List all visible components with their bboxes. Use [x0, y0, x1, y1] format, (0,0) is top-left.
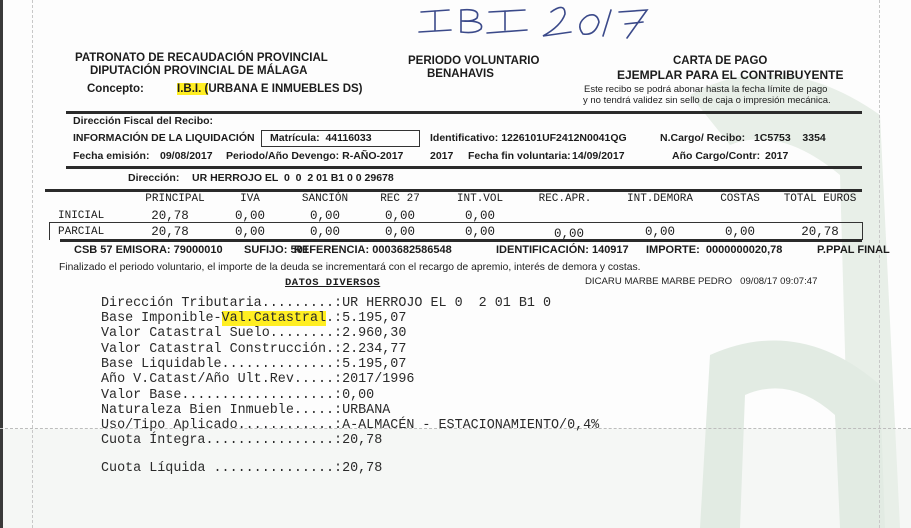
- ncargo-label: N.Cargo/ Recibo:: [660, 132, 745, 144]
- divider-mid: [66, 166, 862, 169]
- concepto-label: Concepto:: [87, 83, 144, 95]
- perforation-line-left: [32, 0, 33, 528]
- datos-row: Cuota Íntegra................:20,78: [101, 433, 382, 448]
- period-line2: BENAHAVIS: [427, 68, 494, 80]
- column-header: TOTAL EUROS: [784, 193, 857, 205]
- identificacion-value: 140917: [592, 244, 629, 256]
- datos-row: Valor Base...................:0,00: [101, 388, 374, 403]
- divider-table-top: [45, 189, 862, 192]
- datos-value: 5.195,07: [342, 357, 406, 372]
- perforation-line-right: [879, 0, 880, 528]
- amount-cell: 0,00: [385, 209, 415, 223]
- datos-row: Base Liquidable..............:5.195,07: [101, 357, 406, 372]
- anio-cargo-value: 2017: [765, 150, 788, 162]
- datos-value: 2.960,30: [342, 326, 406, 341]
- column-header: PRINCIPAL: [145, 193, 204, 205]
- amount-cell: 0,00: [310, 209, 340, 223]
- column-header: REC 27: [380, 193, 420, 205]
- datos-value: 2.234,77: [342, 342, 406, 357]
- periodo-label: Periodo/Año Devengo:: [226, 150, 339, 162]
- fecha-fin-label: Fecha fin voluntaria:: [468, 150, 571, 162]
- column-header: INT.DEMORA: [627, 193, 693, 205]
- datos-label: Año V.Catast/Año Ult.Rev.....:: [101, 372, 342, 387]
- datos-row: Base Imponible-Val.Catastral.:5.195,07: [101, 311, 406, 326]
- identificacion-label: IDENTIFICACIÓN:: [496, 244, 589, 256]
- datos-row: Uso/Tipo Aplicado............:A-ALMACÉN …: [101, 418, 599, 433]
- datos-value: 0,00: [342, 388, 374, 403]
- ppal-final: P.PPAL FINAL: [817, 244, 890, 256]
- datos-row: Dirección Tributaria.........:UR HERROJO…: [101, 296, 551, 311]
- issuer-line1: PATRONATO DE RECAUDACIÓN PROVINCIAL: [75, 52, 328, 64]
- ncargo-field: N.Cargo/ Recibo: 1C5753 3354: [660, 132, 826, 144]
- concepto-value: I.B.I. (URBANA E INMUEBLES DS): [177, 83, 363, 95]
- ncargo-value-1: 1C5753: [754, 132, 791, 144]
- operator-stamp: DICARU MARBE MARBE PEDRO 09/08/17 09:07:…: [585, 276, 817, 287]
- carta-note-1: Este recibo se podrá abonar hasta la fec…: [584, 84, 827, 95]
- datos-label: Base Liquidable..............:: [101, 357, 342, 372]
- page-edge: [0, 0, 3, 528]
- matricula-value: 44116033: [325, 132, 371, 144]
- amount-cell: 0,00: [235, 209, 265, 223]
- fecha-emision-label: Fecha emisión:: [73, 150, 149, 162]
- concepto-rest: URBANA E INMUEBLES DS): [208, 83, 362, 95]
- datos-value: URBANA: [342, 403, 390, 418]
- column-header: INT.VOL: [457, 193, 503, 205]
- datos-label: Uso/Tipo Aplicado............:: [101, 418, 342, 433]
- anio-cargo-label: Año Cargo/Contr:: [672, 150, 760, 162]
- watermark-logo: [650, 55, 910, 528]
- carta-subtitle: EJEMPLAR PARA EL CONTRIBUYENTE: [617, 68, 843, 82]
- referencia-value: 0003682586548: [372, 244, 452, 256]
- sufijo-label: SUFIJO:: [244, 244, 287, 256]
- datos-label: Dirección Tributaria.........:: [101, 296, 342, 311]
- datos-value: 20,78: [342, 433, 382, 448]
- identificativo-label: Identificativo:: [430, 132, 498, 144]
- fecha-fin-value: 14/09/2017: [572, 150, 625, 162]
- identificativo-field: Identificativo: 1226101UF2412N0041QG: [430, 132, 627, 144]
- amount-cell: 20,78: [151, 209, 189, 223]
- parcial-row-box: [49, 222, 863, 240]
- issuer-line2: DIPUTACIÓN PROVINCIAL DE MÁLAGA: [90, 65, 307, 77]
- importe-value: 0000000020,78: [706, 244, 782, 256]
- direccion-label: Dirección:: [128, 172, 179, 184]
- matricula-field: Matrícula: 44116033: [270, 132, 372, 144]
- datos-row: Naturaleza Bien Inmueble.....:URBANA: [101, 403, 390, 418]
- ncargo-value-2: 3354: [802, 132, 825, 144]
- referencia-label: REFERENCIA:: [294, 244, 369, 256]
- datos-value: UR HERROJO EL 0 2 01 B1 0: [342, 296, 551, 311]
- direccion-fiscal-label: Dirección Fiscal del Recibo:: [73, 115, 213, 127]
- datos-row: Valor Catastral Construcción.:2.234,77: [101, 342, 406, 357]
- column-header: REC.APR.: [539, 193, 592, 205]
- datos-row: Cuota Líquida ...............:20,78: [101, 461, 382, 476]
- amount-cell: 0,00: [465, 209, 495, 223]
- direccion-value: UR HERROJO EL 0 0 2 01 B1 0 0 29678: [192, 172, 394, 184]
- carta-note-2: y no tendrá validez sin sello de caja o …: [583, 95, 831, 106]
- datos-value: 2017/1996: [342, 372, 414, 387]
- datos-label: Naturaleza Bien Inmueble.....:: [101, 403, 342, 418]
- datos-value: 20,78: [342, 461, 382, 476]
- carta-title: CARTA DE PAGO: [673, 55, 767, 67]
- periodo-field: Periodo/Año Devengo: R-AÑO-2017: [226, 150, 403, 162]
- emisora-field: CSB 57 EMISORA: 79000010: [74, 244, 223, 256]
- matricula-label: Matrícula:: [270, 132, 320, 144]
- concepto-highlight: I.B.I. (: [177, 83, 208, 95]
- divider-table-bottom: [60, 239, 862, 242]
- period-line1: PERIODO VOLUNTARIO: [408, 55, 539, 67]
- datos-label: Cuota Líquida ...............:: [101, 461, 342, 476]
- referencia-field: REFERENCIA: 0003682586548: [294, 244, 452, 256]
- row-label: INICIAL: [58, 210, 104, 222]
- datos-label: Valor Catastral Construcción.:: [101, 342, 342, 357]
- datos-row: Año V.Catast/Año Ult.Rev.....:2017/1996: [101, 372, 414, 387]
- importe-label: IMPORTE:: [646, 244, 700, 256]
- datos-label: Valor Base...................:: [101, 388, 342, 403]
- datos-label: Valor Catastral Suelo........:: [101, 326, 342, 341]
- importe-field: IMPORTE: 0000000020,78: [646, 244, 782, 256]
- info-liquidacion-label: INFORMACIÓN DE LA LIQUIDACIÓN: [73, 132, 255, 144]
- column-header: SANCIÓN: [302, 193, 348, 205]
- datos-value: 5.195,07: [342, 311, 406, 326]
- emisora-value: 79000010: [174, 244, 223, 256]
- datos-label: Cuota Íntegra................:: [101, 433, 342, 448]
- identificacion-field: IDENTIFICACIÓN: 140917: [496, 244, 629, 256]
- datos-diversos-title: DATOS DIVERSOS: [285, 277, 380, 289]
- periodo-year: 2017: [430, 150, 453, 162]
- datos-row: Valor Catastral Suelo........:2.960,30: [101, 326, 406, 341]
- handwritten-note: [415, 2, 695, 44]
- highlighted-label: Val.Catastral: [222, 311, 326, 326]
- column-header: IVA: [240, 193, 260, 205]
- divider-top: [66, 111, 862, 114]
- emisora-label: CSB 57 EMISORA:: [74, 244, 171, 256]
- identificativo-value: 1226101UF2412N0041QG: [501, 132, 627, 144]
- column-header: COSTAS: [720, 193, 760, 205]
- notice-text: Finalizado el periodo voluntario, el imp…: [59, 262, 641, 273]
- periodo-value: R-AÑO-2017: [342, 150, 403, 162]
- datos-value: A-ALMACÉN - ESTACIONAMIENTO/0,4%: [342, 418, 599, 433]
- fecha-emision-value: 09/08/2017: [160, 150, 213, 162]
